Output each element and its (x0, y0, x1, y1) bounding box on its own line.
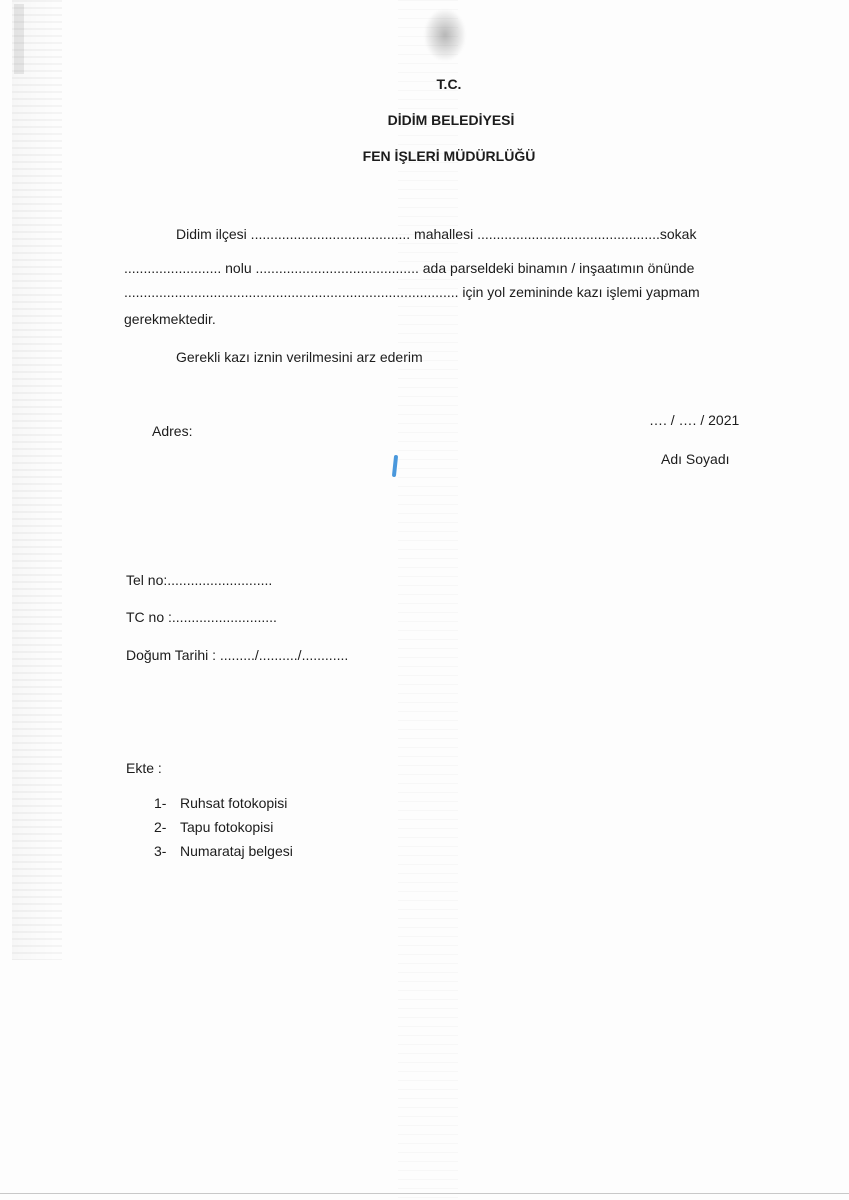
header-municipality: DİDİM BELEDİYESİ (388, 112, 515, 128)
request-sentence: Gerekli kazı iznin verilmesini arz ederi… (176, 349, 423, 365)
header-department: FEN İŞLERİ MÜDÜRLÜĞÜ (363, 148, 536, 164)
attachment-item: Tapu fotokopisi (180, 819, 273, 835)
name-surname-label: Adı Soyadı (661, 451, 730, 467)
paragraph-line-1: Didim ilçesi ...........................… (176, 226, 696, 242)
attachments-label: Ekte : (126, 760, 162, 776)
phone-field: Tel no:........................... (126, 572, 272, 588)
tc-number-field: TC no :........................... (126, 609, 277, 625)
attachment-item: Ruhsat fotokopisi (180, 795, 287, 811)
scanned-document-page: T.C. DİDİM BELEDİYESİ FEN İŞLERİ MÜDÜRLÜ… (0, 0, 849, 1200)
page-bottom-edge (0, 1193, 849, 1194)
scan-noise-corner (14, 4, 24, 74)
address-label: Adres: (152, 423, 192, 439)
scan-band (398, 0, 458, 1200)
birth-date-field: Doğum Tarihi : ........./........../....… (126, 647, 348, 663)
scan-smudge (425, 10, 465, 60)
paragraph-line-2: ......................... nolu .........… (124, 260, 694, 276)
scan-noise-left (12, 0, 62, 960)
attachment-number: 2- (154, 819, 166, 835)
attachment-item: Numarataj belgesi (180, 843, 293, 859)
attachment-number: 1- (154, 795, 166, 811)
paragraph-line-3: ........................................… (124, 284, 700, 300)
attachment-number: 3- (154, 843, 166, 859)
header-tc: T.C. (437, 76, 462, 92)
paragraph-line-4: gerekmektedir. (124, 311, 216, 327)
date-field: …. / …. / 2021 (649, 412, 739, 428)
